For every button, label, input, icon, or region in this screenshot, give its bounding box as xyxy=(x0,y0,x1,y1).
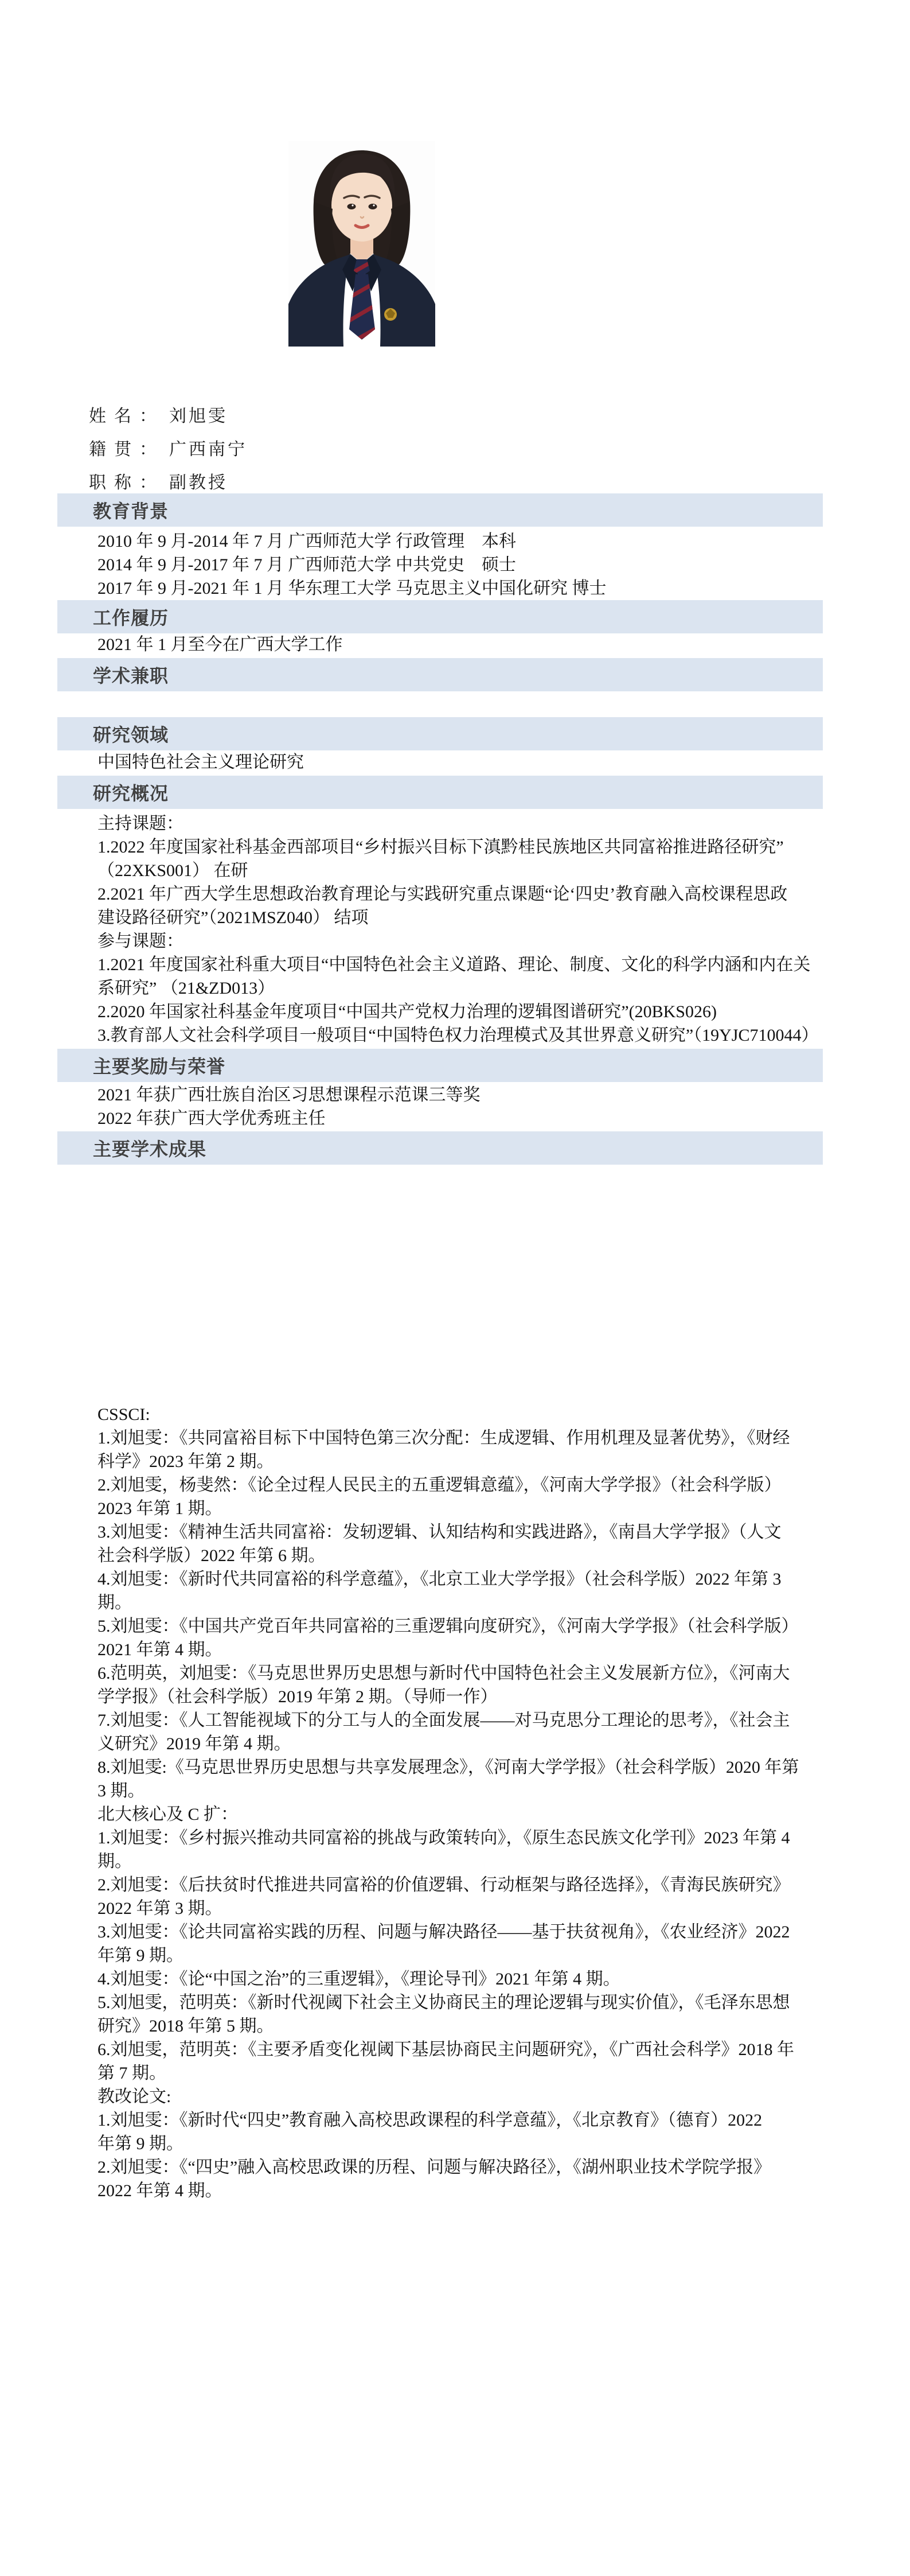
text-line: 2.刘旭雯，杨斐然：《论全过程人民民主的五重逻辑意蕴》，《河南大学学报》（社会科… xyxy=(97,1473,834,1497)
text-line: 期。 xyxy=(97,1591,834,1614)
section-content-research-field: 中国特色社会主义理论研究 xyxy=(97,750,834,774)
profile-photo xyxy=(288,141,435,347)
id-photo-portrait-graphic xyxy=(288,141,435,347)
text-line: CSSCI: xyxy=(97,1403,834,1426)
text-line: 1.刘旭雯：《乡村振兴推动共同富裕的挑战与政策转向》，《原生态民族文化学刊》20… xyxy=(97,1826,834,1850)
text-line: 2021 年获广西壮族自治区习思想课程示范课三等奖 xyxy=(97,1083,834,1107)
text-line: 科学》2023 年第 2 期。 xyxy=(97,1450,834,1473)
text-line: 第 7 期。 xyxy=(97,2061,834,2085)
text-line: 主持课题： xyxy=(97,812,834,835)
name-label: 姓名： xyxy=(89,407,165,426)
text-line: 2.刘旭雯：《后扶贫时代推进共同富裕的价值逻辑、行动框架与路径选择》，《青海民族… xyxy=(97,1873,834,1897)
text-line: 教改论文: xyxy=(97,2085,834,2108)
text-line: 2.2020 年国家社科基金年度项目“中国共产党权力治理的逻辑图谱研究”(20B… xyxy=(97,1000,834,1024)
title-label: 职称： xyxy=(89,473,165,492)
text-line: 建设路径研究”（2021MSZ040） 结项 xyxy=(97,906,834,929)
text-line: 2023 年第 1 期。 xyxy=(97,1497,834,1520)
text-line: 5.刘旭雯，范明英：《新时代视阈下社会主义协商民主的理论逻辑与现实价值》，《毛泽… xyxy=(97,1991,834,2014)
text-line: 学学报》（社会科学版）2019 年第 2 期。（导师一作） xyxy=(97,1685,834,1709)
text-line: 2014 年 9 月-2017 年 7 月 广西师范大学 中共党史 硕士 xyxy=(97,553,834,577)
text-line: 年第 9 期。 xyxy=(97,1944,834,1967)
section-content-awards: 2021 年获广西壮族自治区习思想课程示范课三等奖2022 年获广西大学优秀班主… xyxy=(97,1083,834,1130)
text-line: （22XKS001） 在研 xyxy=(97,859,834,882)
section-heading-awards: 主要奖励与荣誉 xyxy=(57,1052,225,1079)
section-content-education: 2010 年 9 月-2014 年 7 月 广西师范大学 行政管理 本科2014… xyxy=(97,530,834,600)
text-line: 5.刘旭雯：《中国共产党百年共同富裕的三重逻辑向度研究》，《河南大学学报》（社会… xyxy=(97,1614,834,1638)
section-band-education: 教育背景 xyxy=(57,493,823,527)
text-line: 3.刘旭雯：《论共同富裕实践的历程、问题与解决路径——基于扶贫视角》，《农业经济… xyxy=(97,1920,834,1944)
text-line: 义研究》2019 年第 4 期。 xyxy=(97,1732,834,1756)
text-line: 4.刘旭雯：《新时代共同富裕的科学意蕴》，《北京工业大学学报》（社会科学版）20… xyxy=(97,1567,834,1591)
profile-name-line: 姓名：刘旭雯 xyxy=(89,402,247,435)
text-line: 2.刘旭雯：《“四史”融入高校思政课的历程、问题与解决路径》，《湖州职业技术学院… xyxy=(97,2155,834,2179)
section-band-work-history: 工作履历 xyxy=(57,600,823,633)
section-band-academic-roles: 学术兼职 xyxy=(57,658,823,691)
text-line: 1.2021 年度国家社科重大项目“中国特色社会主义道路、理论、制度、文化的科学… xyxy=(97,953,834,976)
text-line: 2010 年 9 月-2014 年 7 月 广西师范大学 行政管理 本科 xyxy=(97,530,834,553)
text-line: 4.刘旭雯：《论“中国之治”的三重逻辑》，《理论导刊》2021 年第 4 期。 xyxy=(97,1967,834,1991)
profile-hometown-line: 籍贯：广西南宁 xyxy=(89,435,247,468)
jacket-crest-icon xyxy=(384,308,397,321)
text-line: 年第 9 期。 xyxy=(97,2132,834,2155)
faculty-profile-page: 姓名：刘旭雯 籍贯：广西南宁 职称：副教授 教育背景 2010 年 9 月-20… xyxy=(0,0,910,2576)
section-heading-research-field: 研究领域 xyxy=(57,721,169,747)
text-line: 2022 年第 3 期。 xyxy=(97,1897,834,1920)
text-line: 3.教育部人文社会科学项目一般项目“中国特色权力治理模式及其世界意义研究”（19… xyxy=(97,1024,834,1047)
title-value: 副教授 xyxy=(169,473,228,492)
section-heading-research-overview: 研究概况 xyxy=(57,779,169,806)
text-line: 2.2021 年广西大学生思想政治教育理论与实践研究重点课题“论‘四史’教育融入… xyxy=(97,882,834,906)
section-heading-education: 教育背景 xyxy=(57,497,169,523)
text-line: 中国特色社会主义理论研究 xyxy=(97,750,834,774)
text-line: 社会科学版）2022 年第 6 期。 xyxy=(97,1544,834,1567)
section-content-achievements: CSSCI:1.刘旭雯：《共同富裕目标下中国特色第三次分配：生成逻辑、作用机理及… xyxy=(97,1403,834,2203)
text-line: 8.刘旭雯:《马克思世界历史思想与共享发展理念》，《河南大学学报》（社会科学版）… xyxy=(97,1756,834,1779)
section-content-research-overview: 主持课题：1.2022 年度国家社科基金西部项目“乡村振兴目标下滇黔桂民族地区共… xyxy=(97,812,834,1047)
text-line: 6.刘旭雯，范明英：《主要矛盾变化视阈下基层协商民主问题研究》，《广西社会科学》… xyxy=(97,2038,834,2061)
hometown-label: 籍贯： xyxy=(89,440,165,459)
text-line: 1.刘旭雯：《共同富裕目标下中国特色第三次分配：生成逻辑、作用机理及显著优势》，… xyxy=(97,1426,834,1450)
text-line: 研究》2018 年第 5 期。 xyxy=(97,2014,834,2038)
text-line: 2022 年第 4 期。 xyxy=(97,2179,834,2203)
text-line: 2021 年第 4 期。 xyxy=(97,1638,834,1661)
text-line: 2021 年 1 月至今在广西大学工作 xyxy=(97,633,834,656)
section-band-research-field: 研究领域 xyxy=(57,717,823,750)
hometown-value: 广西南宁 xyxy=(169,440,247,459)
profile-info: 姓名：刘旭雯 籍贯：广西南宁 职称：副教授 xyxy=(89,402,247,501)
section-band-achievements: 主要学术成果 xyxy=(57,1131,823,1165)
text-line: 参与课题： xyxy=(97,929,834,953)
text-line: 北大核心及 C 扩： xyxy=(97,1803,834,1826)
section-content-work-history: 2021 年 1 月至今在广西大学工作 xyxy=(97,633,834,656)
section-heading-academic-roles: 学术兼职 xyxy=(57,661,169,688)
section-heading-achievements: 主要学术成果 xyxy=(57,1135,206,1161)
text-line: 2017 年 9 月-2021 年 1 月 华东理工大学 马克思主义中国化研究 … xyxy=(97,577,834,600)
text-line: 6.范明英，刘旭雯：《马克思世界历史思想与新时代中国特色社会主义发展新方位》，《… xyxy=(97,1661,834,1685)
text-line: 1.2022 年度国家社科基金西部项目“乡村振兴目标下滇黔桂民族地区共同富裕推进… xyxy=(97,835,834,859)
section-band-research-overview: 研究概况 xyxy=(57,776,823,809)
section-heading-work-history: 工作履历 xyxy=(57,604,169,630)
text-line: 系研究” （21&ZD013） xyxy=(97,976,834,1000)
text-line: 7.刘旭雯：《人工智能视域下的分工与人的全面发展——对马克思分工理论的思考》，《… xyxy=(97,1709,834,1732)
name-value: 刘旭雯 xyxy=(169,407,228,426)
text-line: 1.刘旭雯：《新时代“四史”教育融入高校思政课程的科学意蕴》，《北京教育》（德育… xyxy=(97,2108,834,2132)
text-line: 2022 年获广西大学优秀班主任 xyxy=(97,1107,834,1130)
text-line: 3 期。 xyxy=(97,1779,834,1803)
text-line: 期。 xyxy=(97,1850,834,1873)
text-line: 3.刘旭雯：《精神生活共同富裕：发轫逻辑、认知结构和实践进路》，《南昌大学学报》… xyxy=(97,1520,834,1544)
section-band-awards: 主要奖励与荣誉 xyxy=(57,1049,823,1082)
